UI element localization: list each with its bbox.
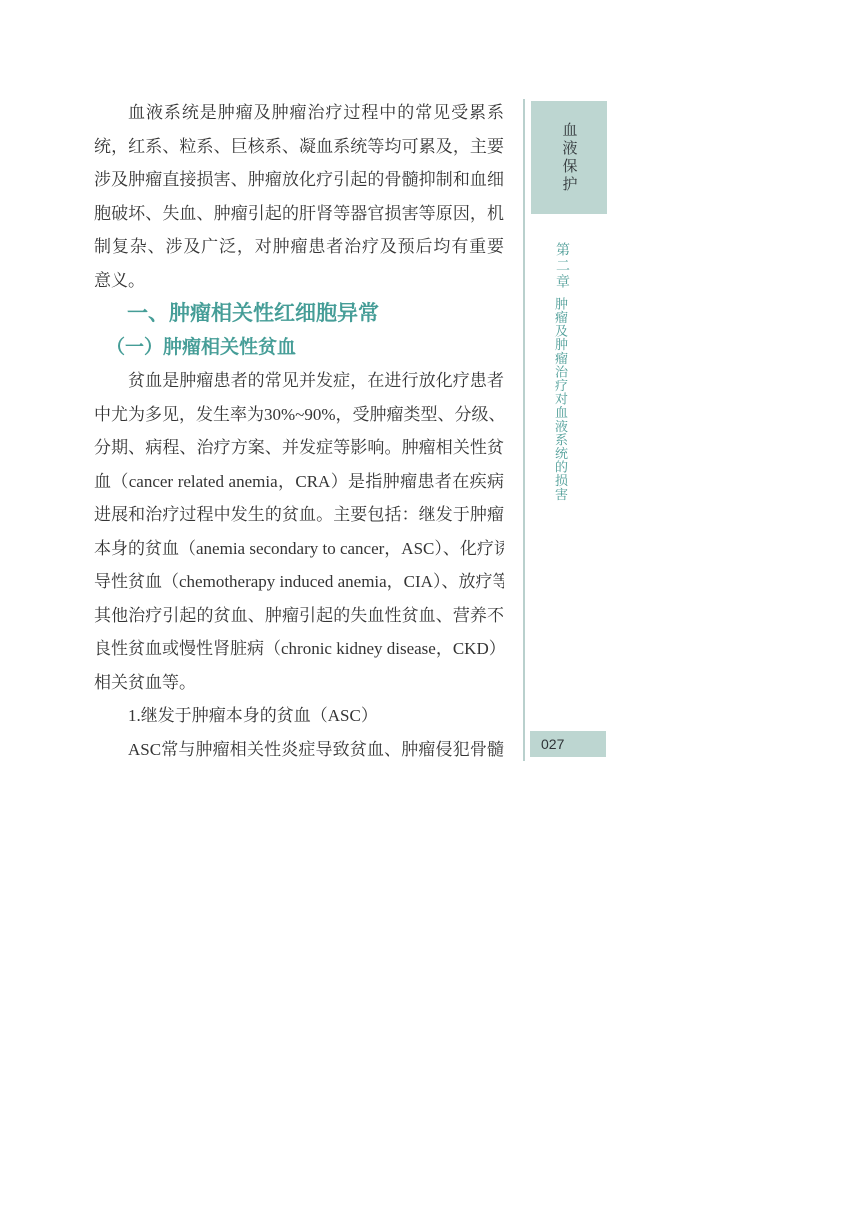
book-title-vertical-text: 血液保护 <box>562 122 577 194</box>
text-line: 血液系统是肿瘤及肿瘤治疗过程中的常见受累系 <box>94 96 504 130</box>
sidebar-divider-line <box>523 99 525 761</box>
text-line: 制复杂、涉及广泛，对肿瘤患者治疗及预后均有重要 <box>94 230 504 264</box>
sidebar-book-title-box: 血液保护 <box>531 101 607 214</box>
text-line: 其他治疗引起的贫血、肿瘤引起的失血性贫血、营养不 <box>94 599 504 633</box>
main-text-column: 血液系统是肿瘤及肿瘤治疗过程中的常见受累系统，红系、粒系、巨核系、凝血系统等均可… <box>94 96 504 766</box>
text-line: ASC常与肿瘤相关性炎症导致贫血、肿瘤侵犯骨髓 <box>94 733 504 767</box>
text-line: 本身的贫血（anemia secondary to cancer，ASC）、化疗… <box>94 532 504 566</box>
chapter-title-vertical-text: 肿瘤及肿瘤治疗对血液系统的损害 <box>554 297 567 501</box>
text-line: 涉及肿瘤直接损害、肿瘤放化疗引起的骨髓抑制和血细 <box>94 163 504 197</box>
page-number-badge: 027 <box>530 731 606 757</box>
text-line: 统，红系、粒系、巨核系、凝血系统等均可累及，主要 <box>94 130 504 164</box>
chapter-number-vertical-text: 第二章 <box>554 242 568 290</box>
section-heading: 一、肿瘤相关性红细胞异常 <box>94 297 504 331</box>
text-line: 贫血是肿瘤患者的常见并发症，在进行放化疗患者 <box>94 364 504 398</box>
text-line: 良性贫血或慢性肾脏病（chronic kidney disease，CKD） <box>94 632 504 666</box>
text-line: 分期、病程、治疗方案、并发症等影响。肿瘤相关性贫 <box>94 431 504 465</box>
book-page: 血液系统是肿瘤及肿瘤治疗过程中的常见受累系统，红系、粒系、巨核系、凝血系统等均可… <box>0 0 867 1218</box>
text-line: 1.继发于肿瘤本身的贫血（ASC） <box>94 699 504 733</box>
text-line: 相关贫血等。 <box>94 666 504 700</box>
text-line: 胞破坏、失血、肿瘤引起的肝肾等器官损害等原因，机 <box>94 197 504 231</box>
text-line: 进展和治疗过程中发生的贫血。主要包括：继发于肿瘤 <box>94 498 504 532</box>
subsection-heading: （一）肿瘤相关性贫血 <box>94 331 504 365</box>
text-line: 血（cancer related anemia，CRA）是指肿瘤患者在疾病 <box>94 465 504 499</box>
text-line: 导性贫血（chemotherapy induced anemia，CIA）、放疗… <box>94 565 504 599</box>
text-line: 意义。 <box>94 264 504 298</box>
text-line: 中尤为多见，发生率为30%~90%，受肿瘤类型、分级、 <box>94 398 504 432</box>
